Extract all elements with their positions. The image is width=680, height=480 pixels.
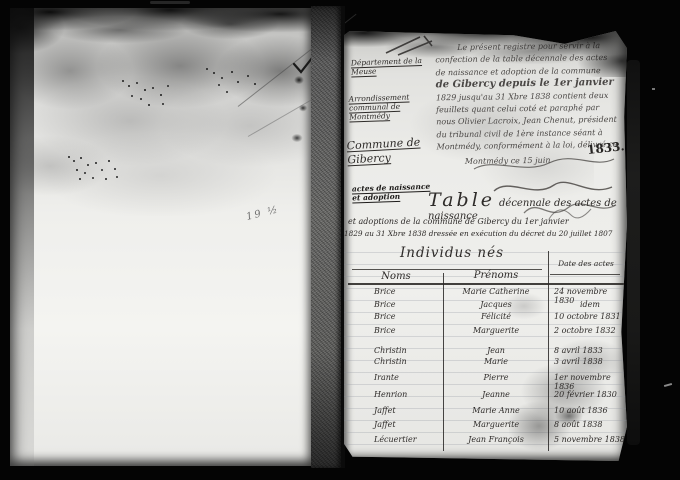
row-nom: Irante [374,373,399,382]
row-prenom: Marguerite [446,420,546,429]
mold-speckles [68,156,70,158]
column-header-date: Date des actes [550,259,622,268]
row-nom: Christin [374,357,407,366]
row-prenom: Jacques [446,300,546,309]
row-date: 8 août 1838 [554,420,626,429]
row-nom: Brice [374,300,395,309]
table-row: Christin Marie 3 avril 1838 [344,357,627,369]
mold-speckles [122,80,124,82]
table-row: Lécuertier Jean François 5 novembre 1838 [344,435,627,447]
row-nom: Lécuertier [374,435,417,444]
row-prenom: Marie Catherine [446,287,546,296]
row-prenom: Marie [446,357,546,366]
table-title-line3: 1829 au 31 Xbre 1838 dressée en exécutio… [344,229,627,238]
row-date: 10 août 1836 [554,406,626,415]
row-nom: Henrion [374,390,407,399]
left-page: 19 ½ [10,8,311,466]
row-prenom: Marie Anne [446,406,546,415]
row-nom: Jaffet [374,420,396,429]
table-row: Jaffet Marguerite 8 août 1838 [344,420,627,432]
row-date: 5 novembre 1838 [554,435,626,444]
row-prenom: Jean François [446,435,546,444]
margin-note-actes: actes de naissance et adoption [352,182,439,203]
stain-top-crust-right [344,31,627,77]
row-date: 20 février 1830 [554,390,626,399]
table-row: Brice Marie Catherine 24 novembre 1830 [344,287,627,299]
book-gutter [311,6,345,468]
stain-mottle [10,26,311,216]
margin-note-arrondissement: Arrondissement communal de Montmédy [349,91,440,121]
column-header-prenoms: Prénoms [446,270,546,281]
page-block-edge [627,60,640,445]
film-fleck [652,88,655,90]
table-row: Irante Pierre 1er novembre 1836 [344,373,627,385]
row-date: 1er novembre 1836 [554,373,626,391]
group-header-individus-nes: Individus nés [362,245,542,261]
right-page: Département de la Meuse Arrondissement c… [344,31,627,461]
microfilm-scan: 19 ½ Département de la Meuse Arrondissem… [0,0,680,480]
row-date: idem [554,300,626,309]
table-title-word: Table [428,189,495,211]
mold-speckles [206,68,208,70]
column-header-noms: Noms [352,271,440,282]
film-fleck [664,383,672,387]
table-row: Brice Jacques idem [344,300,627,312]
rule-under-date-header [550,274,620,275]
row-prenom: Jean [446,346,546,355]
table-row: Jaffet Marie Anne 10 août 1836 [344,406,627,418]
row-prenom: Pierre [446,373,546,382]
margin-note-commune: Commune de Gibercy [346,135,439,168]
row-nom: Christin [374,346,407,355]
row-prenom: Marguerite [446,326,546,335]
table-row: Brice Marguerite 2 octobre 1832 [344,326,627,338]
row-date: 2 octobre 1832 [554,326,626,335]
stain-left-edge [10,8,34,466]
row-date: 8 avril 1833 [554,346,626,355]
row-nom: Brice [374,287,395,296]
table-title-line2: et adoptions de la commune de Gibercy du… [348,217,626,226]
stain-edge-spots [291,68,309,158]
row-nom: Brice [374,326,395,335]
film-fleck [150,1,190,4]
row-prenom: Jeanne [446,390,546,399]
row-nom: Brice [374,312,395,321]
row-prenom: Félicité [446,312,546,321]
rule-header-bottom [348,283,624,285]
row-nom: Jaffet [374,406,396,415]
table-row: Henrion Jeanne 20 février 1830 [344,390,627,402]
row-date: 3 avril 1838 [554,357,626,366]
row-date: 10 octobre 1831 [554,312,626,321]
table-row: Brice Félicité 10 octobre 1831 [344,312,627,324]
